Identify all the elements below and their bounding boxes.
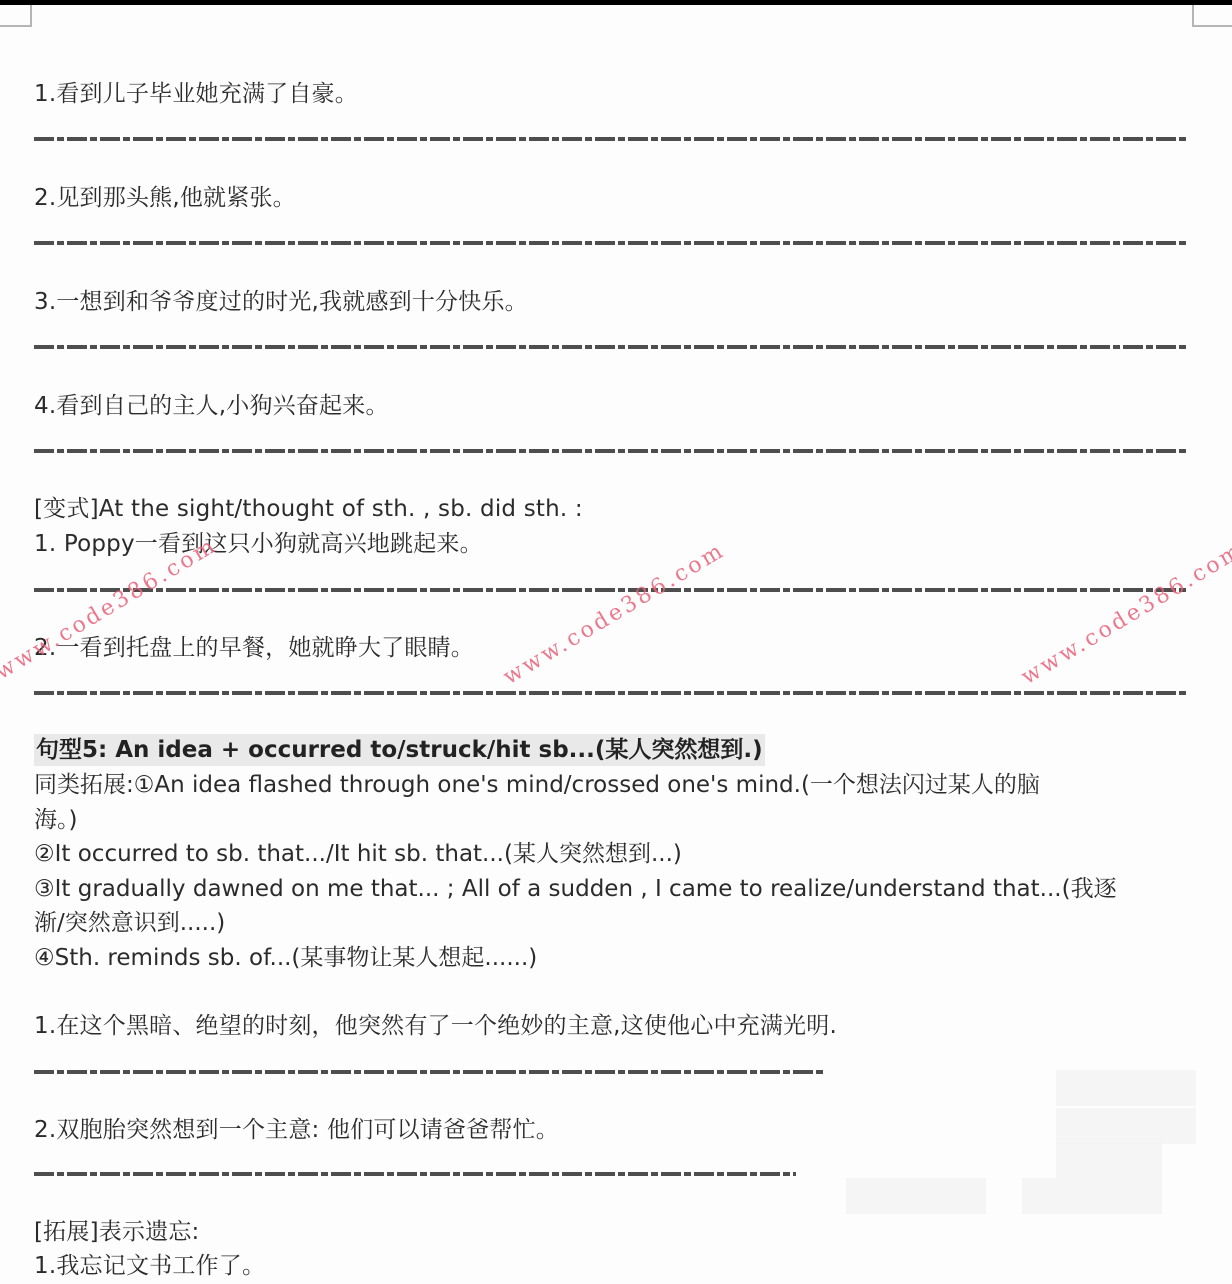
crop-mark-right [1192, 5, 1232, 27]
exercise-item: 2.双胞胎突然想到一个主意: 他们可以请爸爸帮忙。 [34, 1114, 559, 1146]
answer-line[interactable] [34, 1172, 796, 1176]
blurred-region [1056, 1142, 1162, 1178]
exercise-item: 2.一看到托盘上的早餐，她就睁大了眼睛。 [34, 632, 474, 664]
pattern-extension: 同类拓展:①An idea flashed through one's mind… [34, 768, 1194, 975]
answer-line[interactable] [34, 241, 1188, 245]
top-black-bar [0, 0, 1232, 5]
exercise-item: 1.看到儿子毕业她充满了自豪。 [34, 78, 358, 110]
watermark: www.code386.com [499, 538, 730, 690]
blurred-region [1056, 1070, 1196, 1106]
answer-line[interactable] [34, 1070, 826, 1074]
watermark: www.code386.com [1017, 538, 1232, 690]
blurred-region [1056, 1108, 1196, 1144]
answer-line[interactable] [34, 449, 1188, 453]
section-heading: 句型5: An idea + occurred to/struck/hit sb… [34, 734, 765, 766]
blurred-region [846, 1178, 986, 1214]
extension-line: 渐/突然意识到.....) [34, 906, 1194, 941]
exercise-item: 1.我忘记文书工作了。 [34, 1250, 265, 1282]
exercise-item: 4.看到自己的主人,小狗兴奋起来。 [34, 390, 389, 422]
extension-title: [拓展]表示遗忘: [34, 1216, 200, 1248]
extension-line: ④Sth. reminds sb. of...(某事物让某人想起......) [34, 941, 1194, 976]
exercise-item: 3.一想到和爷爷度过的时光,我就感到十分快乐。 [34, 286, 528, 318]
extension-line: 海。) [34, 803, 1194, 838]
exercise-item: 1.在这个黑暗、绝望的时刻，他突然有了一个绝妙的主意,这使他心中充满光明. [34, 1010, 837, 1042]
exercise-item: 2.见到那头熊,他就紧张。 [34, 182, 296, 214]
extension-line: ②It occurred to sb. that.../It hit sb. t… [34, 837, 1194, 872]
variant-title: [变式]At the sight/thought of sth. , sb. d… [34, 493, 583, 525]
answer-line[interactable] [34, 691, 1188, 695]
crop-mark-left [0, 5, 32, 27]
answer-line[interactable] [34, 345, 1188, 349]
answer-line[interactable] [34, 588, 1188, 592]
exercise-item: 1. Poppy一看到这只小狗就高兴地跳起来。 [34, 528, 483, 560]
extension-line: ③It gradually dawned on me that... ; All… [34, 872, 1194, 907]
blurred-region [1022, 1178, 1162, 1214]
answer-line[interactable] [34, 137, 1188, 141]
extension-line: 同类拓展:①An idea flashed through one's mind… [34, 768, 1194, 803]
